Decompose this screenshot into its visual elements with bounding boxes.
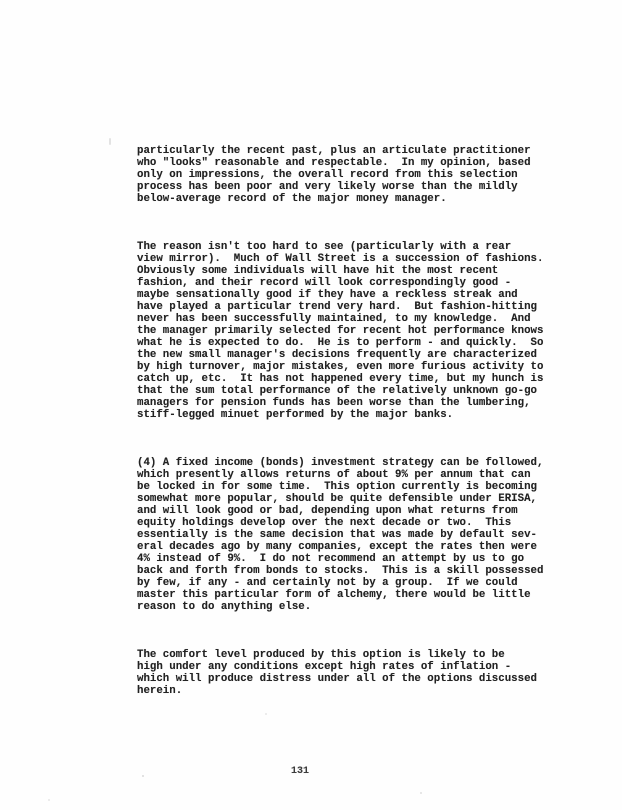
page-number: 131 [0, 766, 600, 777]
scan-speck [109, 138, 111, 145]
document-text-block: particularly the recent past, plus an ar… [137, 121, 549, 733]
paragraph-1: particularly the recent past, plus an ar… [137, 145, 549, 205]
scan-speck [48, 799, 50, 801]
document-page: particularly the recent past, plus an ar… [0, 0, 622, 810]
scan-speck [420, 792, 422, 794]
scan-speck [142, 775, 144, 777]
paragraph-4: The comfort level produced by this optio… [137, 649, 549, 697]
paragraph-2: The reason isn't too hard to see (partic… [137, 241, 549, 421]
scan-speck [265, 713, 267, 715]
paragraph-3: (4) A fixed income (bonds) investment st… [137, 457, 549, 613]
